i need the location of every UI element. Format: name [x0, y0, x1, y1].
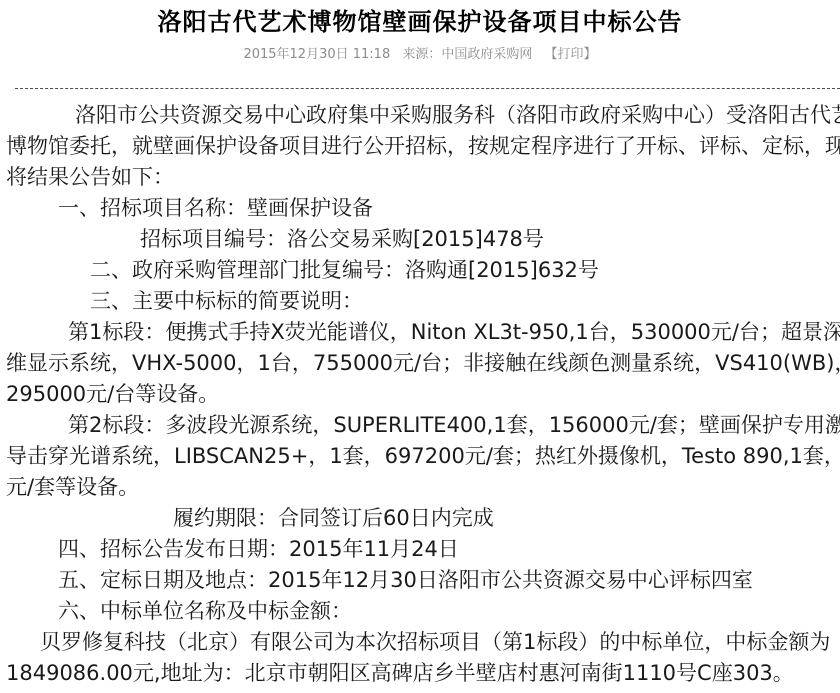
- document-line: 三、主要中标标的简要说明：: [0, 286, 840, 317]
- print-button[interactable]: 【打印】: [545, 47, 597, 62]
- document-line: 第2标段：多波段光源系统，SUPERLITE400,1套，156000元/套；壁…: [0, 410, 840, 441]
- document-line: 贝罗修复科技（北京）有限公司为本次招标项目（第1标段）的中标单位，中标金额为: [0, 627, 840, 658]
- page-title: 洛阳古代艺术博物馆壁画保护设备项目中标公告: [0, 0, 840, 37]
- document-body: 洛阳市公共资源交易中心政府集中采购服务科（洛阳市政府采购中心）受洛阳古代艺术 博…: [0, 100, 840, 689]
- document-line: 六、中标单位名称及中标金额：: [0, 596, 840, 627]
- document-line: 导击穿光谱系统，LIBSCAN25+，1套，697200元/套；热红外摄像机，T…: [0, 441, 840, 472]
- document-line: 维显示系统，VHX-5000，1台，755000元/台；非接触在线颜色测量系统，…: [0, 348, 840, 379]
- document-line: 五、定标日期及地点：2015年12月30日洛阳市公共资源交易中心评标四室: [0, 565, 840, 596]
- source-label: 来源：中国政府采购网: [402, 47, 532, 62]
- document-line: 履约期限：合同签订后60日内完成: [0, 503, 840, 534]
- document-line: 四、招标公告发布日期：2015年11月24日: [0, 534, 840, 565]
- document-line: 博物馆委托，就壁画保护设备项目进行公开招标，按规定程序进行了开标、评标、定标，现: [0, 131, 840, 162]
- document-line: 295000元/台等设备。: [0, 379, 840, 410]
- announcement-page: 洛阳古代艺术博物馆壁画保护设备项目中标公告 2015年12月30日 11:18 …: [0, 0, 840, 693]
- meta-row: 2015年12月30日 11:18 来源：中国政府采购网 【打印】: [0, 46, 840, 63]
- document-line: 第1标段：便携式手持X荧光能谱仪，Niton XL3t-950,1台，53000…: [0, 317, 840, 348]
- document-line: 1849086.00元,地址为：北京市朝阳区高碑店乡半壁店村惠河南街1110号C…: [0, 658, 840, 689]
- document-line: 将结果公告如下：: [0, 162, 840, 193]
- document-line: 一、招标项目名称：壁画保护设备: [0, 193, 840, 224]
- document-line: 元/套等设备。: [0, 472, 840, 503]
- document-line: 招标项目编号：洛公交易采购[2015]478号: [0, 224, 840, 255]
- publish-datetime: 2015年12月30日 11:18: [243, 47, 390, 62]
- dashed-separator: [15, 88, 840, 89]
- document-line: 洛阳市公共资源交易中心政府集中采购服务科（洛阳市政府采购中心）受洛阳古代艺术: [0, 100, 840, 131]
- document-line: 二、政府采购管理部门批复编号：洛购通[2015]632号: [0, 255, 840, 286]
